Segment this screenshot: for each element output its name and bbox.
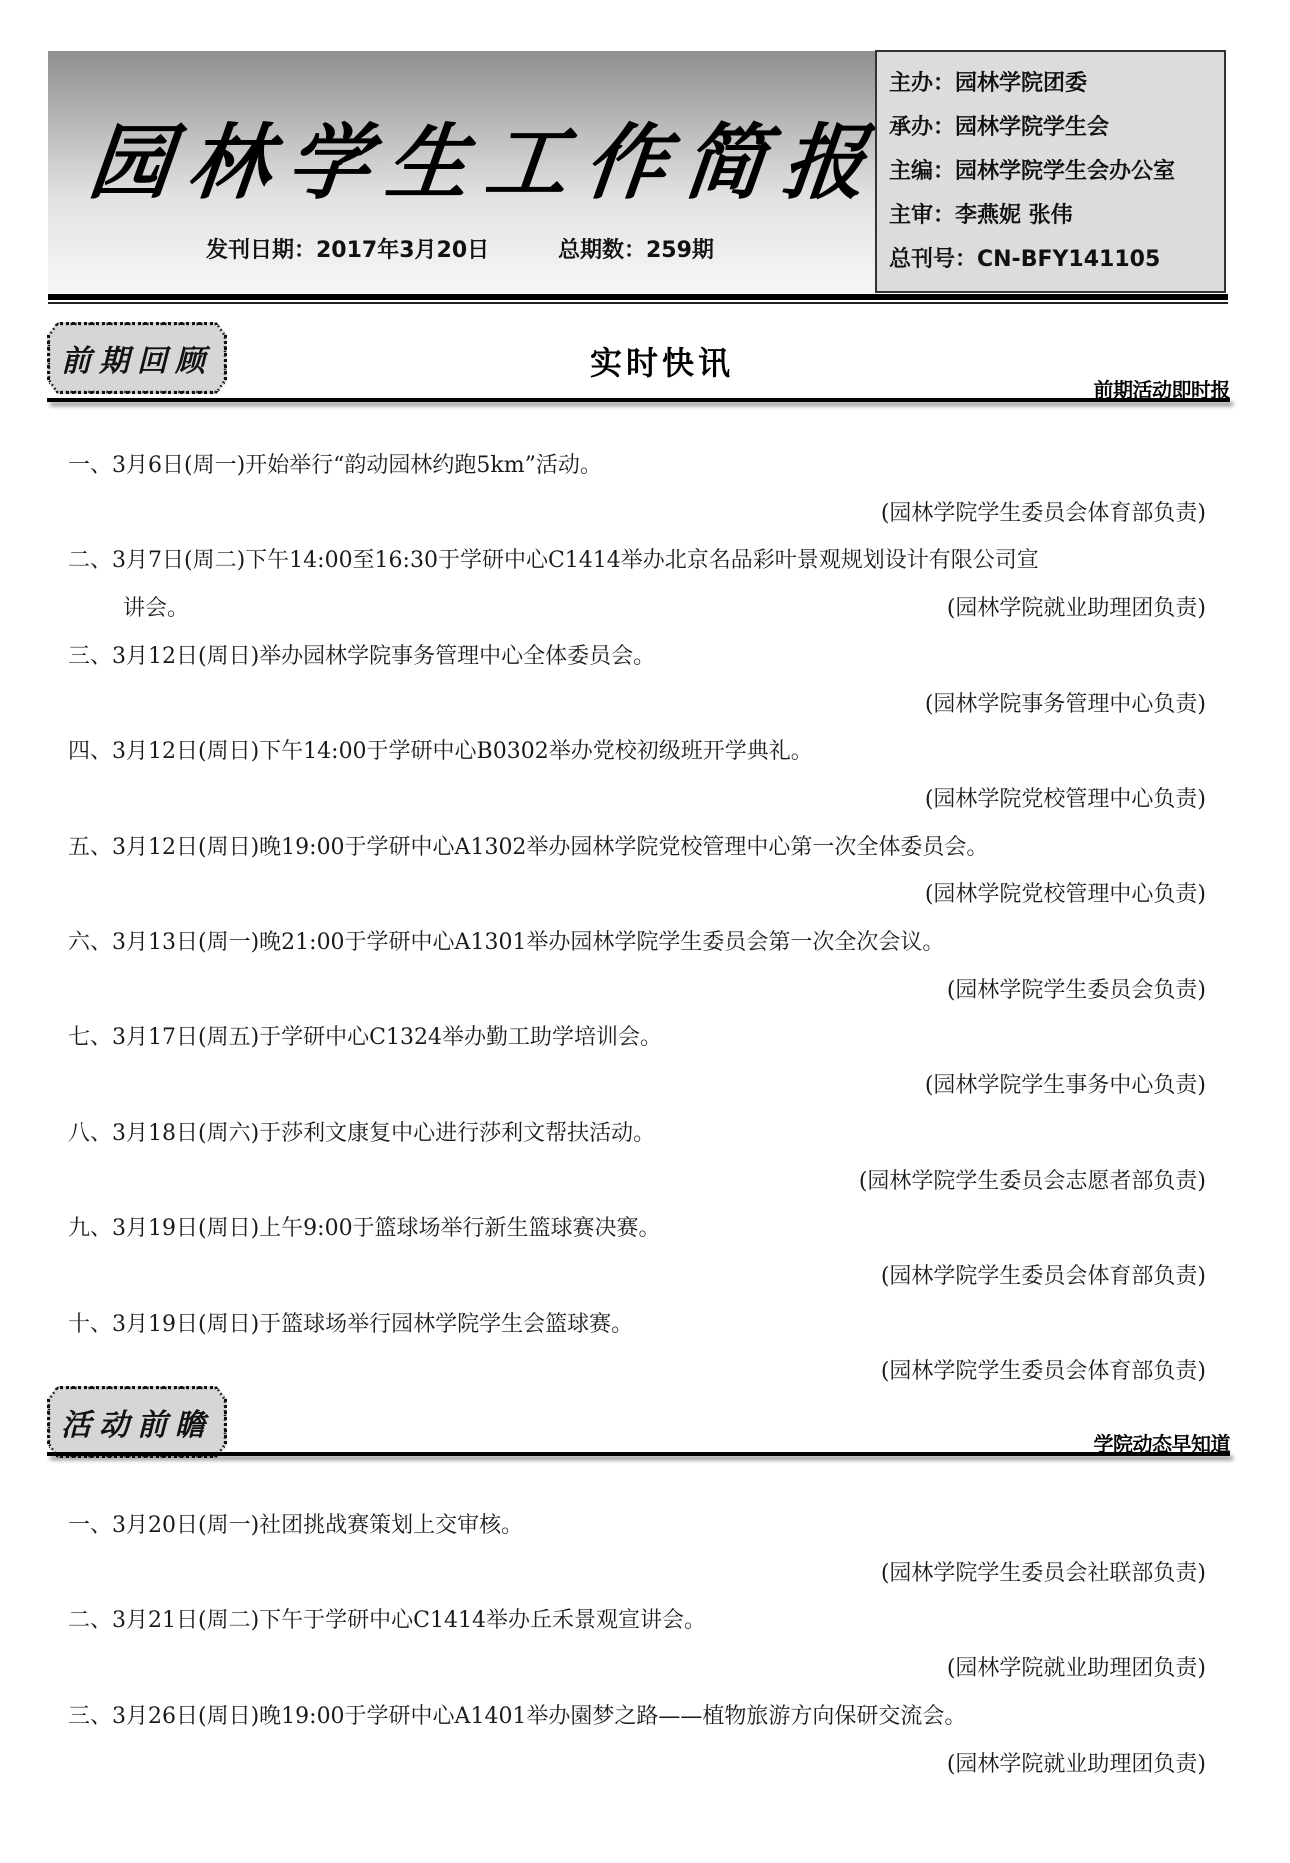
section-rule	[47, 1452, 1230, 1456]
title-char: 工	[478, 98, 576, 215]
info-organizer: 承办：园林学院学生会	[889, 110, 1109, 141]
info-reviewer: 主审：李燕妮 张伟	[889, 198, 1073, 229]
news-item-responsible: (园林学院学生事务中心负责)	[68, 1062, 1218, 1110]
masthead: 园 林 学 生 工 作 简 报 发刊日期：2017年3月20日 总期数：259期…	[48, 51, 1228, 297]
news-item-text: 八、3月18日(周六)于莎利文康复中心进行莎利文帮扶活动。	[68, 1110, 1218, 1158]
news-item-text: 七、3月17日(周五)于学研中心C1324举办勤工助学培训会。	[68, 1014, 1218, 1062]
news-item-text: 三、3月12日(周日)举办园林学院事务管理中心全体委员会。	[68, 633, 1218, 681]
news-item-responsible: (园林学院就业助理团负责)	[947, 585, 1206, 633]
title-char: 作	[578, 98, 676, 215]
news-item-text: 十、3月19日(周日)于篮球场举行园林学院学生会篮球赛。	[68, 1301, 1218, 1349]
news-item: 五、3月12日(周日)晚19:00于学研中心A1302举办园林学院党校管理中心第…	[68, 824, 1218, 919]
news-item-text: 九、3月19日(周日)上午9:00于篮球场举行新生篮球赛决赛。	[68, 1205, 1218, 1253]
news-item-text: 五、3月12日(周日)晚19:00于学研中心A1302举办园林学院党校管理中心第…	[68, 824, 1218, 872]
publisher-info-box: 主办：园林学院团委 承办：园林学院学生会 主编：园林学院学生会办公室 主审：李燕…	[875, 50, 1226, 293]
news-item: 二、3月7日(周二)下午14:00至16:30于学研中心C1414举办北京名品彩…	[68, 537, 1218, 632]
news-item-text: 四、3月12日(周日)下午14:00于学研中心B0302举办党校初级班开学典礼。	[68, 728, 1218, 776]
news-item-responsible: (园林学院学生委员会社联部负责)	[68, 1550, 1218, 1598]
news-item-responsible: (园林学院学生委员会体育部负责)	[68, 490, 1218, 538]
publish-date: 发刊日期：2017年3月20日	[206, 233, 489, 264]
issue-count: 总期数：259期	[558, 233, 714, 264]
news-item-continuation-text: 讲会。	[123, 596, 189, 621]
news-item-responsible: (园林学院事务管理中心负责)	[68, 681, 1218, 729]
news-item-responsible: (园林学院学生委员会体育部负责)	[68, 1253, 1218, 1301]
news-item-text: 一、3月6日(周一)开始举行“韵动园林约跑5km”活动。	[68, 442, 1218, 490]
section-items-preview: 一、3月20日(周一)社团挑战赛策划上交审核。 (园林学院学生委员会社联部负责)…	[68, 1502, 1218, 1788]
title-char: 生	[379, 98, 477, 215]
title-char: 简	[677, 98, 775, 215]
section-rule	[47, 398, 1230, 402]
news-item: 四、3月12日(周日)下午14:00于学研中心B0302举办党校初级班开学典礼。…	[68, 728, 1218, 823]
news-item-responsible: (园林学院党校管理中心负责)	[68, 871, 1218, 919]
title-char: 学	[280, 98, 378, 215]
newsletter-title: 园 林 学 生 工 作 简 报	[83, 106, 874, 206]
news-item-continuation: 讲会。 (园林学院就业助理团负责)	[68, 585, 1218, 633]
news-item: 六、3月13日(周一)晚21:00于学研中心A1301举办园林学院学生委员会第一…	[68, 919, 1218, 1014]
news-item-responsible: (园林学院学生委员会负责)	[68, 967, 1218, 1015]
news-item-text: 二、3月21日(周二)下午于学研中心C1414举办丘禾景观宣讲会。	[68, 1597, 1218, 1645]
news-item-text: 六、3月13日(周一)晚21:00于学研中心A1301举办园林学院学生委员会第一…	[68, 919, 1218, 967]
section-header-preview: 活动前瞻 学院动态早知道	[47, 1386, 1230, 1468]
title-char: 报	[776, 98, 874, 215]
news-item: 一、3月20日(周一)社团挑战赛策划上交审核。 (园林学院学生委员会社联部负责)	[68, 1502, 1218, 1597]
news-item: 一、3月6日(周一)开始举行“韵动园林约跑5km”活动。 (园林学院学生委员会体…	[68, 442, 1218, 537]
news-item: 三、3月26日(周日)晚19:00于学研中心A1401举办園梦之路——植物旅游方…	[68, 1693, 1218, 1788]
section-badge-label: 活动前瞻	[47, 1386, 227, 1458]
news-item-responsible: (园林学院就业助理团负责)	[68, 1645, 1218, 1693]
news-item-responsible: (园林学院就业助理团负责)	[68, 1741, 1218, 1789]
info-serial-number: 总刊号：CN-BFY141105	[889, 242, 1160, 273]
info-sponsor: 主办：园林学院团委	[889, 66, 1087, 97]
news-item: 九、3月19日(周日)上午9:00于篮球场举行新生篮球赛决赛。 (园林学院学生委…	[68, 1205, 1218, 1300]
masthead-rule-thin	[48, 302, 1228, 304]
news-item-text: 三、3月26日(周日)晚19:00于学研中心A1401举办園梦之路——植物旅游方…	[68, 1693, 1218, 1741]
masthead-banner: 园 林 学 生 工 作 简 报 发刊日期：2017年3月20日 总期数：259期	[48, 51, 875, 294]
news-item: 八、3月18日(周六)于莎利文康复中心进行莎利文帮扶活动。 (园林学院学生委员会…	[68, 1110, 1218, 1205]
section-title: 实时快讯	[47, 338, 1277, 384]
info-editor: 主编：园林学院学生会办公室	[889, 154, 1175, 185]
section-items-review: 一、3月6日(周一)开始举行“韵动园林约跑5km”活动。 (园林学院学生委员会体…	[68, 442, 1218, 1396]
news-item: 三、3月12日(周日)举办园林学院事务管理中心全体委员会。 (园林学院事务管理中…	[68, 633, 1218, 728]
news-item-text: 一、3月20日(周一)社团挑战赛策划上交审核。	[68, 1502, 1218, 1550]
title-char: 林	[181, 98, 279, 215]
news-item-responsible: (园林学院学生委员会志愿者部负责)	[68, 1158, 1218, 1206]
news-item: 十、3月19日(周日)于篮球场举行园林学院学生会篮球赛。 (园林学院学生委员会体…	[68, 1301, 1218, 1396]
news-item: 二、3月21日(周二)下午于学研中心C1414举办丘禾景观宣讲会。 (园林学院就…	[68, 1597, 1218, 1692]
title-char: 园	[82, 98, 180, 215]
news-item-text: 二、3月7日(周二)下午14:00至16:30于学研中心C1414举办北京名品彩…	[68, 537, 1218, 585]
section-header-review: 前期回顾 实时快讯 前期活动即时报	[47, 322, 1230, 404]
news-item-responsible: (园林学院党校管理中心负责)	[68, 776, 1218, 824]
masthead-rule-thick	[48, 294, 1228, 300]
news-item: 七、3月17日(周五)于学研中心C1324举办勤工助学培训会。 (园林学院学生事…	[68, 1014, 1218, 1109]
